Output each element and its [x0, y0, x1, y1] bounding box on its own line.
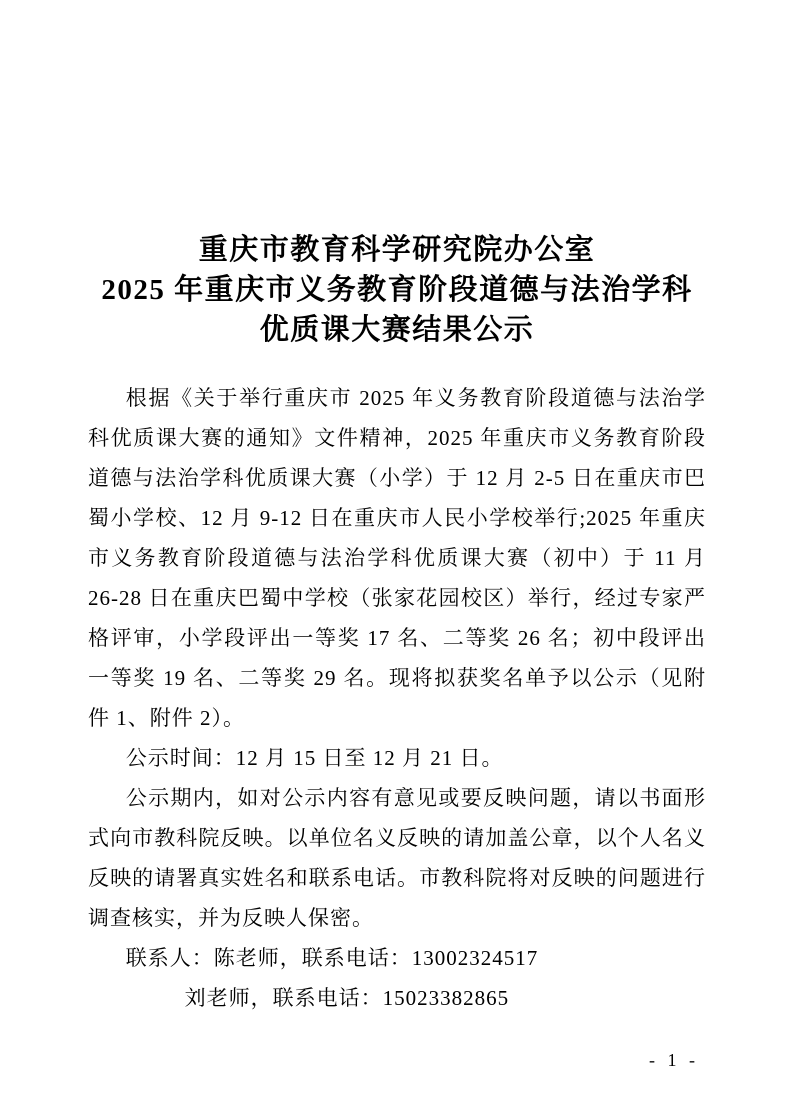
- document-body: 根据《关于举行重庆市 2025 年义务教育阶段道德与法治学科优质课大赛的通知》文…: [88, 378, 706, 1018]
- document-title: 重庆市教育科学研究院办公室 2025 年重庆市义务教育阶段道德与法治学科 优质课…: [88, 230, 706, 350]
- paragraph-feedback-instructions: 公示期内，如对公示内容有意见或要反映问题，请以书面形式向市教科院反映。以单位名义…: [88, 778, 706, 938]
- paragraph-contact-1: 联系人：陈老师，联系电话：13002324517: [88, 938, 706, 978]
- paragraph-publicity-period: 公示时间：12 月 15 日至 12 月 21 日。: [88, 738, 706, 778]
- document-page: 重庆市教育科学研究院办公室 2025 年重庆市义务教育阶段道德与法治学科 优质课…: [0, 0, 794, 1108]
- title-line-1: 重庆市教育科学研究院办公室: [88, 230, 706, 270]
- title-line-2: 2025 年重庆市义务教育阶段道德与法治学科: [88, 270, 706, 310]
- paragraph-contact-2: 刘老师，联系电话：15023382865: [88, 978, 706, 1018]
- title-line-3: 优质课大赛结果公示: [88, 310, 706, 350]
- page-number: - 1 -: [649, 1050, 699, 1071]
- paragraph-intro: 根据《关于举行重庆市 2025 年义务教育阶段道德与法治学科优质课大赛的通知》文…: [88, 378, 706, 738]
